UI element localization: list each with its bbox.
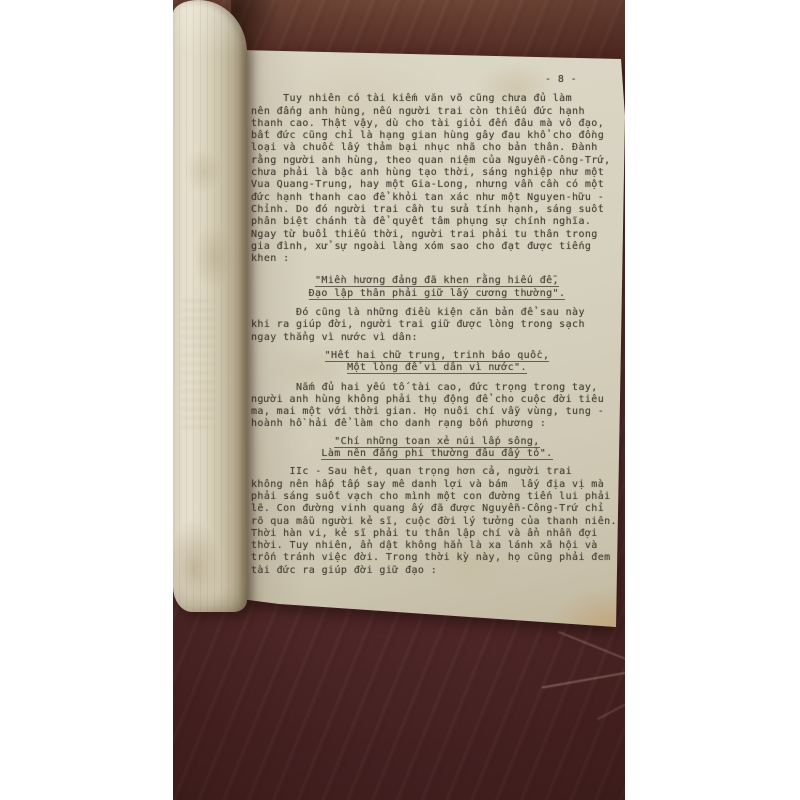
paragraph-2: Đó cũng là những điều kiện căn bản để sa… (251, 307, 623, 344)
paragraph-4: IIc - Sau hết, quan trọng hơn cả, người … (251, 466, 623, 577)
paragraph-3: Nắm đủ hai yếu tố tài cao, đức trọng tro… (251, 382, 623, 431)
quote-2-line-2: Một lòng để vì dân vì nước". (251, 362, 623, 374)
typewritten-text-column: - 8 - Tuy nhiên có tài kiếm văn võ cũng … (251, 74, 623, 577)
quote-3-line-2: Làm nên đấng phi thường đâu đấy tỏ". (251, 448, 623, 460)
quote-1-line-1: "Miền hương đảng đã khen rằng hiếu đễ, (251, 275, 623, 287)
quote-1-line-2: Đạo lập thân phải giữ lấy cương thường". (251, 288, 623, 300)
quote-2: "Hết hai chữ trung, trinh báo quốc, Một … (251, 350, 623, 375)
book-page-wrap: - 8 - Tuy nhiên có tài kiếm văn võ cũng … (233, 46, 625, 632)
ink-bleed-through (181, 300, 215, 430)
book-page: - 8 - Tuy nhiên có tài kiếm văn võ cũng … (233, 46, 625, 632)
quote-1: "Miền hương đảng đã khen rằng hiếu đễ, Đ… (251, 275, 623, 300)
paragraph-1: Tuy nhiên có tài kiếm văn võ cũng chưa đ… (251, 93, 623, 265)
white-margin-right (625, 0, 800, 800)
page-number: - 8 - (251, 74, 623, 86)
photo-strip: - 8 - Tuy nhiên có tài kiếm văn võ cũng … (173, 0, 625, 800)
quote-3: "Chí những toan xẻ núi lấp sông, Làm nên… (251, 436, 623, 461)
white-margin-left (0, 0, 173, 800)
quote-3-line-1: "Chí những toan xẻ núi lấp sông, (251, 436, 623, 448)
photo-canvas: - 8 - Tuy nhiên có tài kiếm văn võ cũng … (0, 0, 800, 800)
quote-2-line-1: "Hết hai chữ trung, trinh báo quốc, (251, 350, 623, 362)
